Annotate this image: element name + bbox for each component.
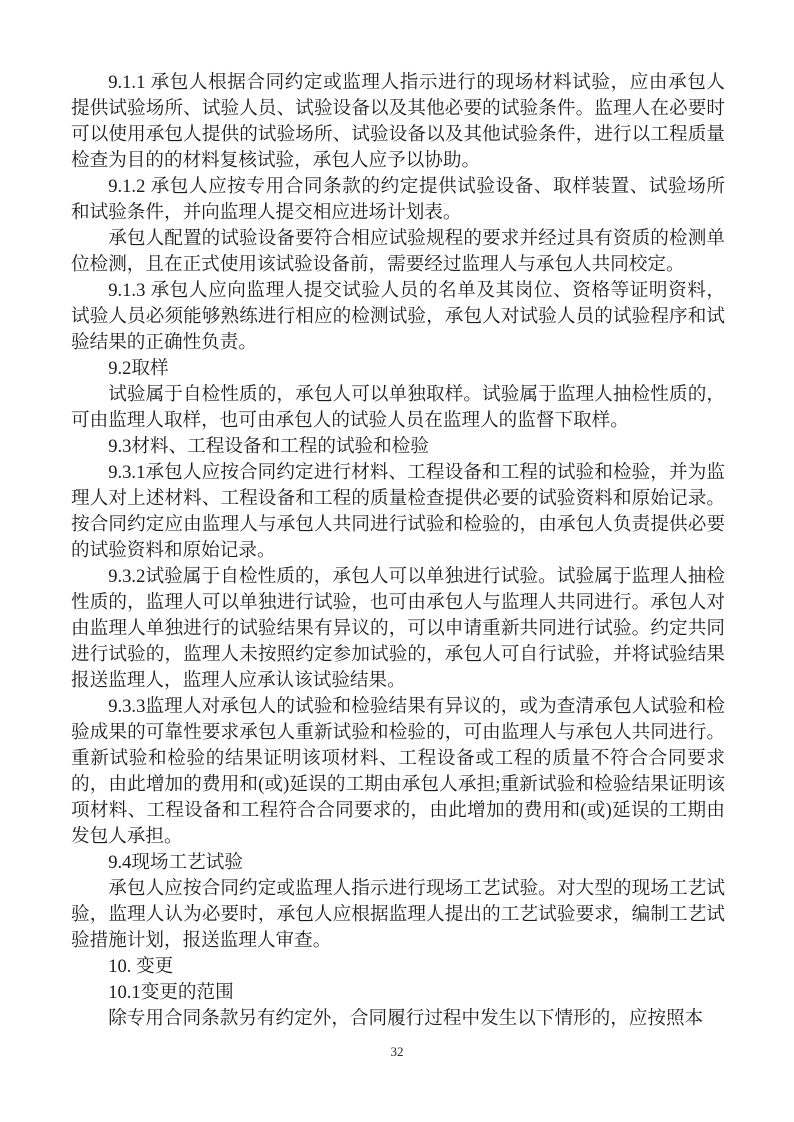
- page-number: 32: [0, 1044, 794, 1060]
- heading-10-1: 10.1变更的范围: [71, 980, 725, 1006]
- clause-9-1-1: 9.1.1 承包人根据合同约定或监理人指示进行的现场材料试验，应由承包人提供试验…: [71, 70, 725, 174]
- clause-9-3-1: 9.3.1承包人应按合同约定进行材料、工程设备和工程的试验和检验，并为监理人对上…: [71, 460, 725, 564]
- clause-9-3-2: 9.3.2试验属于自检性质的，承包人可以单独进行试验。试验属于监理人抽检性质的，…: [71, 564, 725, 694]
- clause-10-1-body: 除专用合同条款另有约定外，合同履行过程中发生以下情形的，应按照本: [71, 1006, 725, 1032]
- clause-9-2-body: 试验属于自检性质的，承包人可以单独取样。试验属于监理人抽检性质的，可由监理人取样…: [71, 382, 725, 434]
- clause-9-1-2: 9.1.2 承包人应按专用合同条款的约定提供试验设备、取样装置、试验场所和试验条…: [71, 174, 725, 226]
- document-body: 9.1.1 承包人根据合同约定或监理人指示进行的现场材料试验，应由承包人提供试验…: [71, 70, 725, 1032]
- clause-9-4-body: 承包人应按合同约定或监理人指示进行现场工艺试验。对大型的现场工艺试验，监理人认为…: [71, 876, 725, 954]
- document-page: 9.1.1 承包人根据合同约定或监理人指示进行的现场材料试验，应由承包人提供试验…: [0, 0, 794, 1122]
- clause-9-1-2-continued: 承包人配置的试验设备要符合相应试验规程的要求并经过具有资质的检测单位检测，且在正…: [71, 226, 725, 278]
- heading-9-4: 9.4现场工艺试验: [71, 850, 725, 876]
- clause-9-1-3: 9.1.3 承包人应向监理人提交试验人员的名单及其岗位、资格等证明资料，试验人员…: [71, 278, 725, 356]
- heading-9-3: 9.3材料、工程设备和工程的试验和检验: [71, 434, 725, 460]
- heading-9-2: 9.2取样: [71, 356, 725, 382]
- heading-10: 10. 变更: [71, 954, 725, 980]
- clause-9-3-3: 9.3.3监理人对承包人的试验和检验结果有异议的，或为查清承包人试验和检验成果的…: [71, 694, 725, 850]
